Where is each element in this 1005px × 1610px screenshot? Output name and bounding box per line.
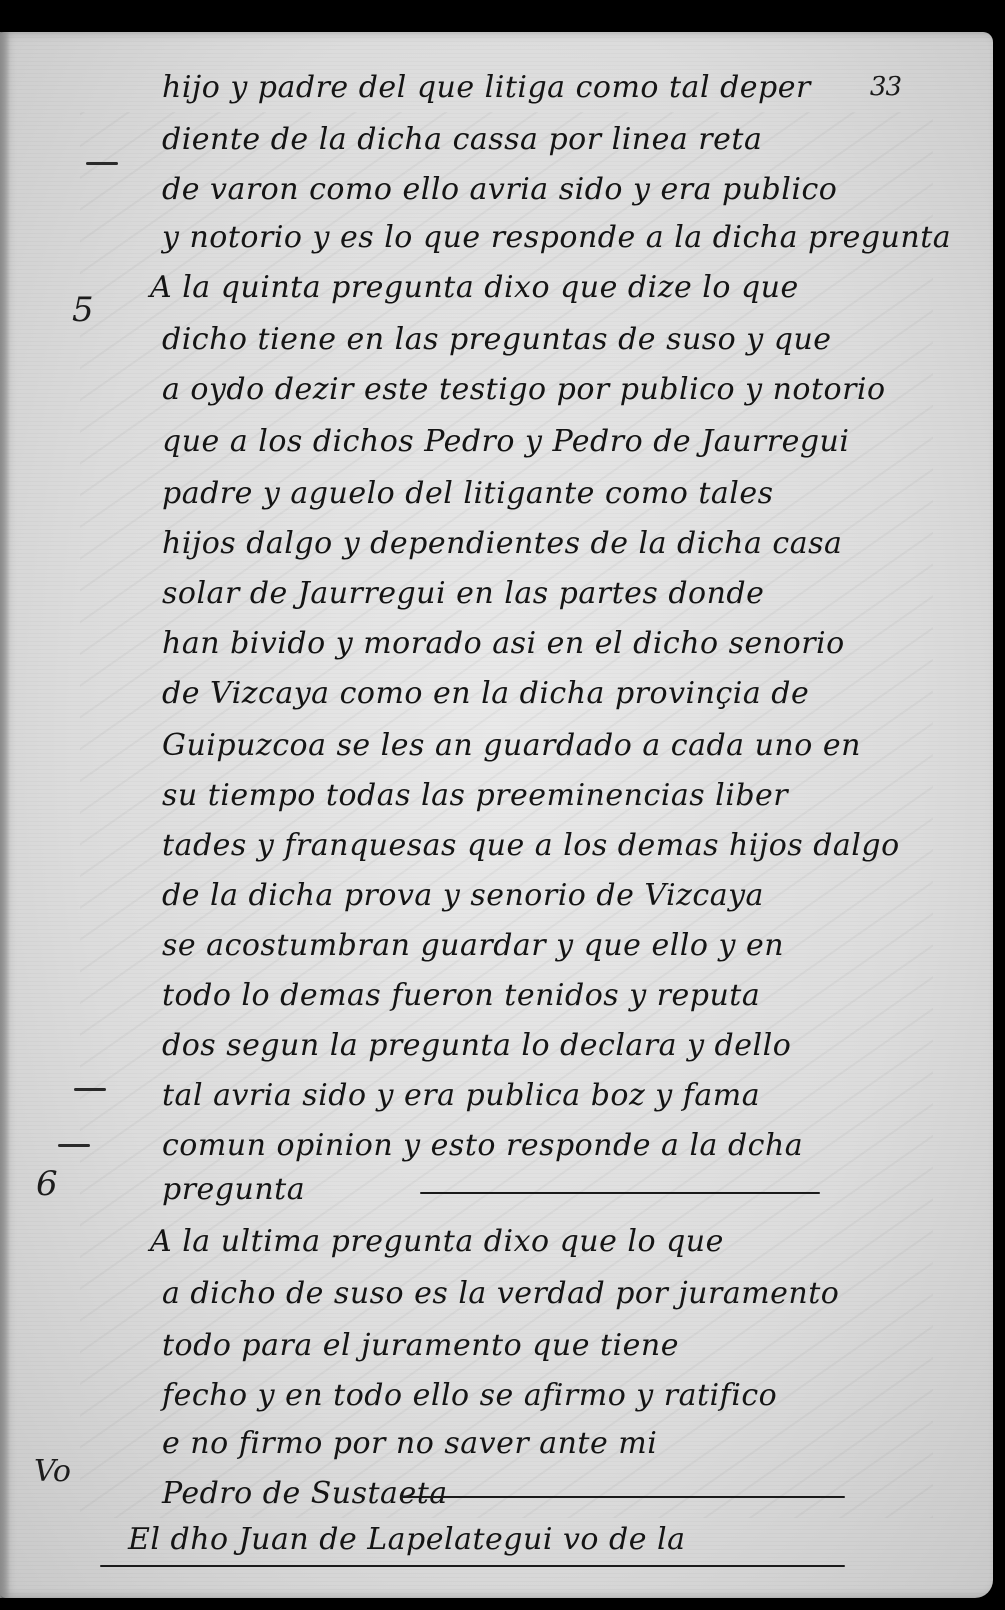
page-edge-shadow (0, 32, 10, 1598)
text-line-1: hijo y padre del que litiga como tal dep… (162, 70, 811, 105)
text-line-23: pregunta (162, 1172, 305, 1207)
text-line-16: tades y franquesas que a los demas hijos… (162, 828, 900, 863)
text-line-8: que a los dichos Pedro y Pedro de Jaurre… (162, 424, 849, 459)
margin-tick (86, 162, 118, 165)
text-line-6: dicho tiene en las preguntas de suso y q… (162, 322, 832, 357)
margin-tick (74, 1088, 106, 1091)
margin-number-5: 5 (72, 290, 94, 330)
text-line-5: A la quinta pregunta dixo que dize lo qu… (150, 270, 799, 305)
text-line-28: e no firmo por no saver ante mi (162, 1426, 657, 1461)
text-line-30: El dho Juan de Lapelategui vo de la (128, 1522, 685, 1557)
text-line-17: de la dicha prova y senorio de Vizcaya (162, 878, 764, 913)
text-line-29-signature: Pedro de Sustaeta (162, 1476, 448, 1511)
signature-flourish (400, 1496, 845, 1498)
text-line-27: fecho y en todo ello se afirmo y ratific… (162, 1378, 777, 1413)
text-line-20: dos segun la pregunta lo declara y dello (162, 1028, 791, 1063)
text-line-13: de Vizcaya como en la dicha provinçia de (162, 676, 809, 711)
text-line-14: Guipuzcoa se les an guardado a cada uno … (162, 728, 861, 763)
margin-tick (58, 1144, 90, 1147)
text-line-3: de varon como ello avria sido y era publ… (162, 172, 837, 207)
manuscript-page: 33 5 6 Vo hijo y padre del que litiga co… (0, 32, 993, 1598)
margin-number-6: 6 (36, 1164, 58, 1204)
text-line-15: su tiempo todas las preeminencias liber (162, 778, 788, 813)
text-line-2: diente de la dicha cassa por linea reta (162, 122, 762, 157)
text-line-11: solar de Jaurregui en las partes donde (162, 576, 764, 611)
line-end-flourish (420, 1192, 820, 1194)
text-line-19: todo lo demas fueron tenidos y reputa (162, 978, 760, 1013)
text-line-24: A la ultima pregunta dixo que lo que (150, 1224, 724, 1259)
text-line-21: tal avria sido y era publica boz y fama (162, 1078, 760, 1113)
text-line-12: han bivido y morado asi en el dicho seno… (162, 626, 845, 661)
text-line-10: hijos dalgo y dependientes de la dicha c… (162, 526, 842, 561)
text-line-25: a dicho de suso es la verdad por juramen… (162, 1276, 839, 1311)
folio-number: 33 (870, 72, 901, 102)
text-line-22: comun opinion y esto responde a la dcha (162, 1128, 803, 1163)
text-line-4: y notorio y es lo que responde a la dich… (162, 220, 951, 255)
text-line-26: todo para el juramento que tiene (162, 1328, 679, 1363)
text-line-7: a oydo dezir este testigo por publico y … (162, 372, 886, 407)
text-line-9: padre y aguelo del litigante como tales (162, 476, 774, 511)
bottom-flourish (100, 1565, 845, 1567)
margin-note-vo: Vo (34, 1454, 71, 1489)
text-line-18: se acostumbran guardar y que ello y en (162, 928, 784, 963)
